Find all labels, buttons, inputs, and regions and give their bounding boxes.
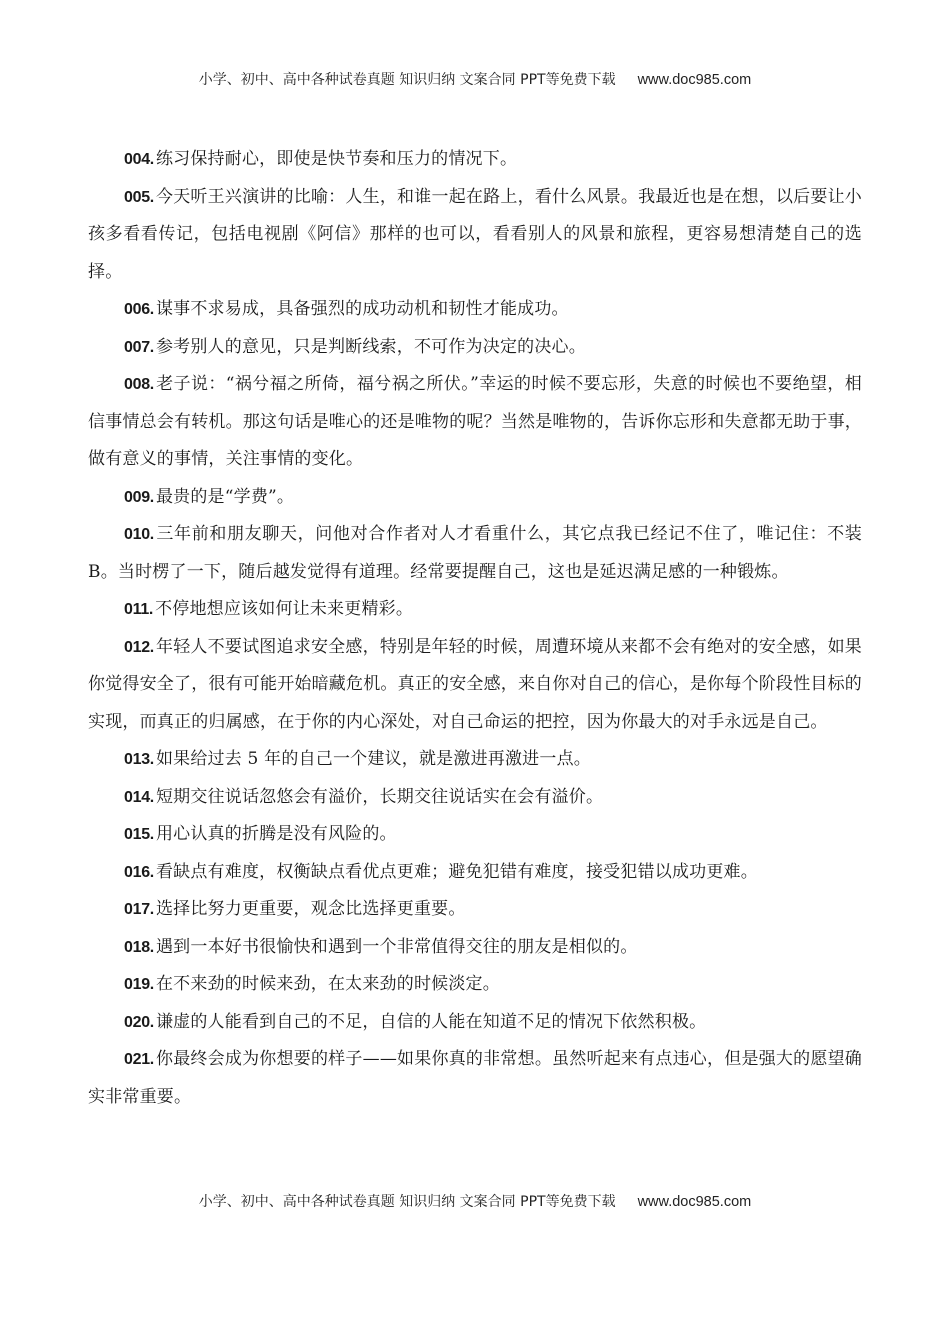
item-number: 006. — [124, 301, 154, 318]
item-text: 谋事不求易成，具备强烈的成功动机和韧性才能成功。 — [156, 299, 569, 319]
list-item: 014.短期交往说话忽悠会有溢价，长期交往说话实在会有溢价。 — [88, 779, 862, 817]
item-number: 010. — [124, 526, 154, 543]
item-number: 016. — [124, 864, 154, 881]
header-text: 小学、初中、高中各种试卷真题 知识归纳 文案合同 PPT等免费下载 — [199, 72, 616, 88]
item-number: 014. — [124, 789, 154, 806]
list-item: 020.谦虚的人能看到自己的不足，自信的人能在知道不足的情况下依然积极。 — [88, 1004, 862, 1042]
page-header: 小学、初中、高中各种试卷真题 知识归纳 文案合同 PPT等免费下载www.doc… — [0, 69, 950, 89]
list-item: 019.在不来劲的时候来劲，在太来劲的时候淡定。 — [88, 966, 862, 1004]
item-text: 老子说：“祸兮福之所倚，福兮祸之所伏。”幸运的时候不要忘形，失意的时候也不要绝望… — [88, 374, 862, 469]
list-item: 005.今天听王兴演讲的比喻：人生，和谁一起在路上，看什么风景。我最近也是在想，… — [88, 179, 862, 292]
list-item: 006.谋事不求易成，具备强烈的成功动机和韧性才能成功。 — [88, 291, 862, 329]
item-number: 004. — [124, 151, 154, 168]
list-item: 007.参考别人的意见，只是判断线索，不可作为决定的决心。 — [88, 329, 862, 367]
item-text: 遇到一本好书很愉快和遇到一个非常值得交往的朋友是相似的。 — [156, 937, 638, 957]
item-text: 在不来劲的时候来劲，在太来劲的时候淡定。 — [156, 974, 500, 994]
list-item: 004.练习保持耐心，即使是快节奏和压力的情况下。 — [88, 141, 862, 179]
item-number: 008. — [124, 376, 154, 393]
item-number: 017. — [124, 901, 154, 918]
list-item: 017.选择比努力更重要，观念比选择更重要。 — [88, 891, 862, 929]
item-number: 020. — [124, 1014, 154, 1031]
page-footer: 小学、初中、高中各种试卷真题 知识归纳 文案合同 PPT等免费下载www.doc… — [0, 1191, 950, 1211]
item-text: 练习保持耐心，即使是快节奏和压力的情况下。 — [156, 149, 517, 169]
list-item: 011.不停地想应该如何让未来更精彩。 — [88, 591, 862, 629]
item-text: 最贵的是“学费”。 — [156, 487, 294, 507]
list-item: 010.三年前和朋友聊天，问他对合作者对人才看重什么，其它点我已经记不住了，唯记… — [88, 516, 862, 591]
item-number: 009. — [124, 489, 154, 506]
item-text: 今天听王兴演讲的比喻：人生，和谁一起在路上，看什么风景。我最近也是在想，以后要让… — [88, 187, 862, 282]
list-item: 018.遇到一本好书很愉快和遇到一个非常值得交往的朋友是相似的。 — [88, 929, 862, 967]
list-item: 015.用心认真的折腾是没有风险的。 — [88, 816, 862, 854]
item-number: 005. — [124, 189, 154, 206]
list-item: 013.如果给过去 5 年的自己一个建议，就是激进再激进一点。 — [88, 741, 862, 779]
item-text: 不停地想应该如何让未来更精彩。 — [155, 599, 413, 619]
item-text: 三年前和朋友聊天，问他对合作者对人才看重什么，其它点我已经记不住了，唯记住：不装… — [88, 524, 862, 582]
item-text: 看缺点有难度，权衡缺点看优点更难；避免犯错有难度，接受犯错以成功更难。 — [156, 862, 758, 882]
list-item: 016.看缺点有难度，权衡缺点看优点更难；避免犯错有难度，接受犯错以成功更难。 — [88, 854, 862, 892]
list-item: 012.年轻人不要试图追求安全感，特别是年轻的时候，周遭环境从来都不会有绝对的安… — [88, 629, 862, 742]
item-number: 018. — [124, 939, 154, 956]
item-number: 013. — [124, 751, 154, 768]
header-site-link[interactable]: www.doc985.com — [638, 72, 752, 88]
item-text: 年轻人不要试图追求安全感，特别是年轻的时候，周遭环境从来都不会有绝对的安全感，如… — [88, 637, 862, 732]
item-text: 谦虚的人能看到自己的不足，自信的人能在知道不足的情况下依然积极。 — [156, 1012, 706, 1032]
item-number: 021. — [124, 1051, 154, 1068]
item-number: 011. — [124, 601, 153, 618]
document-body: 004.练习保持耐心，即使是快节奏和压力的情况下。 005.今天听王兴演讲的比喻… — [88, 141, 862, 1116]
item-text: 参考别人的意见，只是判断线索，不可作为决定的决心。 — [156, 337, 586, 357]
item-number: 012. — [124, 639, 154, 656]
footer-site-link[interactable]: www.doc985.com — [638, 1194, 752, 1210]
item-text: 如果给过去 5 年的自己一个建议，就是激进再激进一点。 — [156, 749, 591, 769]
item-text: 选择比努力更重要，观念比选择更重要。 — [156, 899, 466, 919]
item-text: 用心认真的折腾是没有风险的。 — [156, 824, 397, 844]
footer-text: 小学、初中、高中各种试卷真题 知识归纳 文案合同 PPT等免费下载 — [199, 1194, 616, 1210]
item-number: 015. — [124, 826, 154, 843]
list-item: 021.你最终会成为你想要的样子——如果你真的非常想。虽然听起来有点违心，但是强… — [88, 1041, 862, 1116]
list-item: 009.最贵的是“学费”。 — [88, 479, 862, 517]
list-item: 008.老子说：“祸兮福之所倚，福兮祸之所伏。”幸运的时候不要忘形，失意的时候也… — [88, 366, 862, 479]
item-text: 你最终会成为你想要的样子——如果你真的非常想。虽然听起来有点违心，但是强大的愿望… — [88, 1049, 862, 1107]
item-text: 短期交往说话忽悠会有溢价，长期交往说话实在会有溢价。 — [156, 787, 603, 807]
item-number: 019. — [124, 976, 154, 993]
item-number: 007. — [124, 339, 154, 356]
